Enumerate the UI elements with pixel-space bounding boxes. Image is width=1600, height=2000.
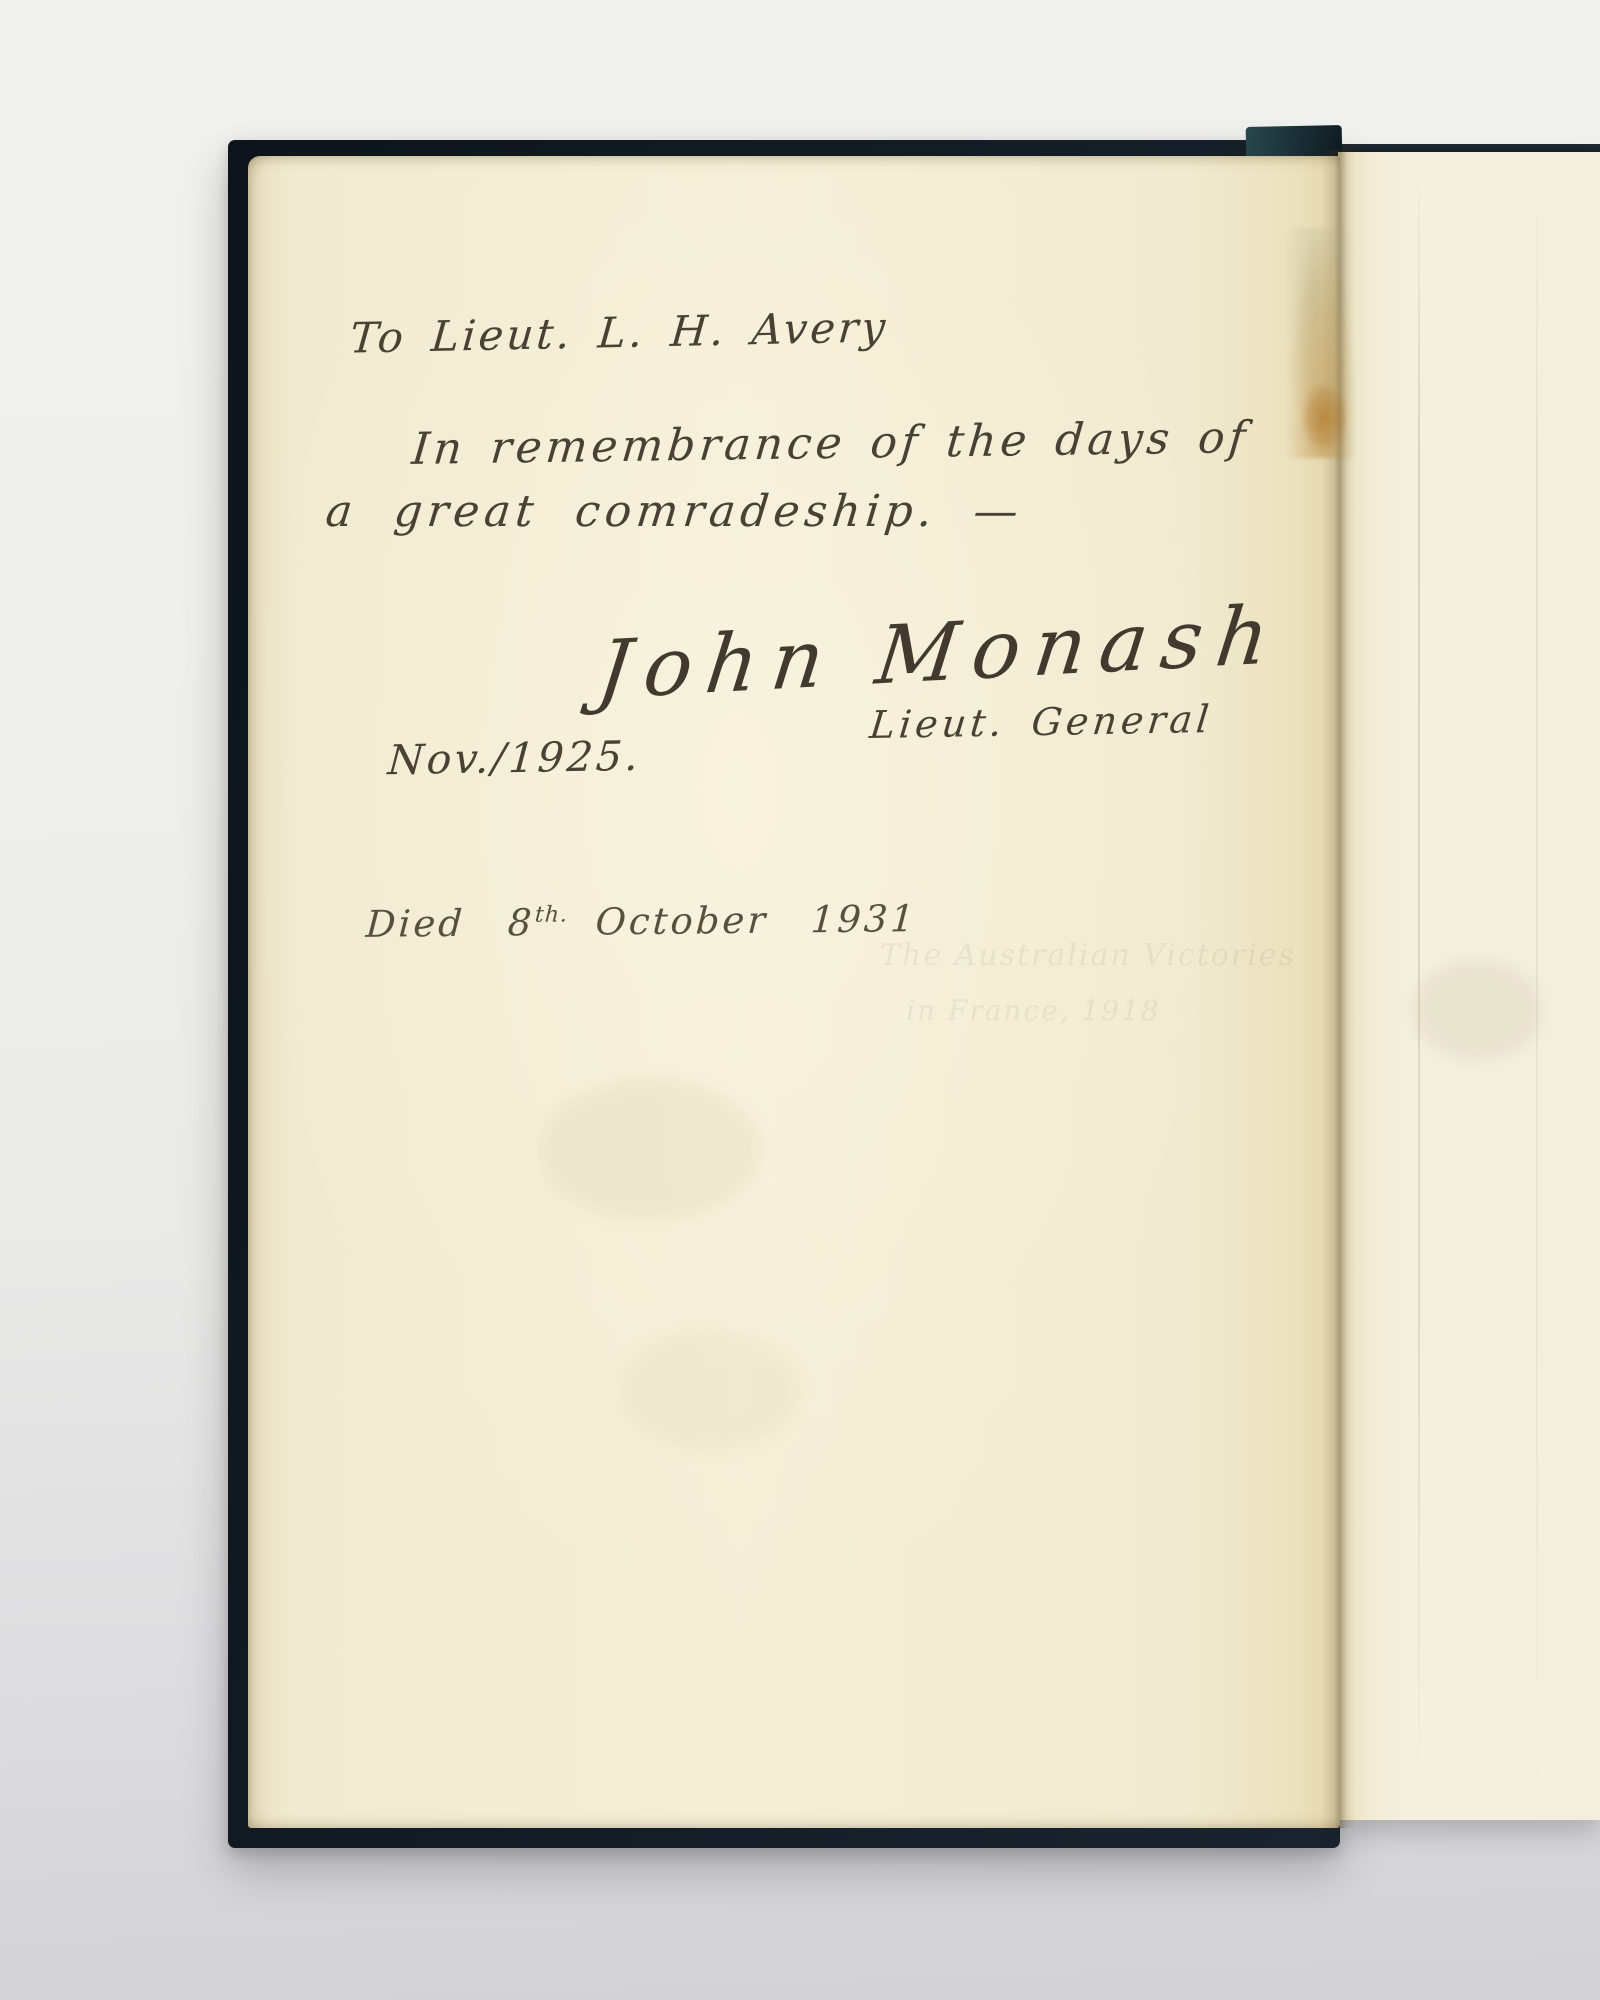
page-fold-line: [1536, 162, 1538, 1802]
inscription-date: Nov./1925.: [386, 732, 642, 784]
death-annotation-text: Died 8: [365, 901, 536, 946]
gutter-stain-blob: [1294, 372, 1354, 462]
show-through-title-line: in France, 1918: [906, 994, 1161, 1027]
endpaper-page: [248, 156, 1340, 1828]
show-through-title-line: The Australian Victories: [880, 938, 1296, 973]
inscription-body-line-2: a great comradeship. —: [323, 486, 1025, 537]
inscription-rank: Lieut. General: [868, 697, 1215, 747]
paper-blotch: [620, 1330, 800, 1450]
death-annotation-date: October 1931: [594, 897, 918, 943]
paper-blotch: [540, 1080, 760, 1220]
page-fold-line: [1418, 162, 1420, 1802]
death-annotation: Died 8th.October 1931: [365, 897, 919, 946]
book-photo: The Australian Victories in France, 1918…: [0, 0, 1600, 2000]
paper-blotch: [1412, 960, 1542, 1060]
death-annotation-ordinal: th.: [534, 901, 569, 927]
